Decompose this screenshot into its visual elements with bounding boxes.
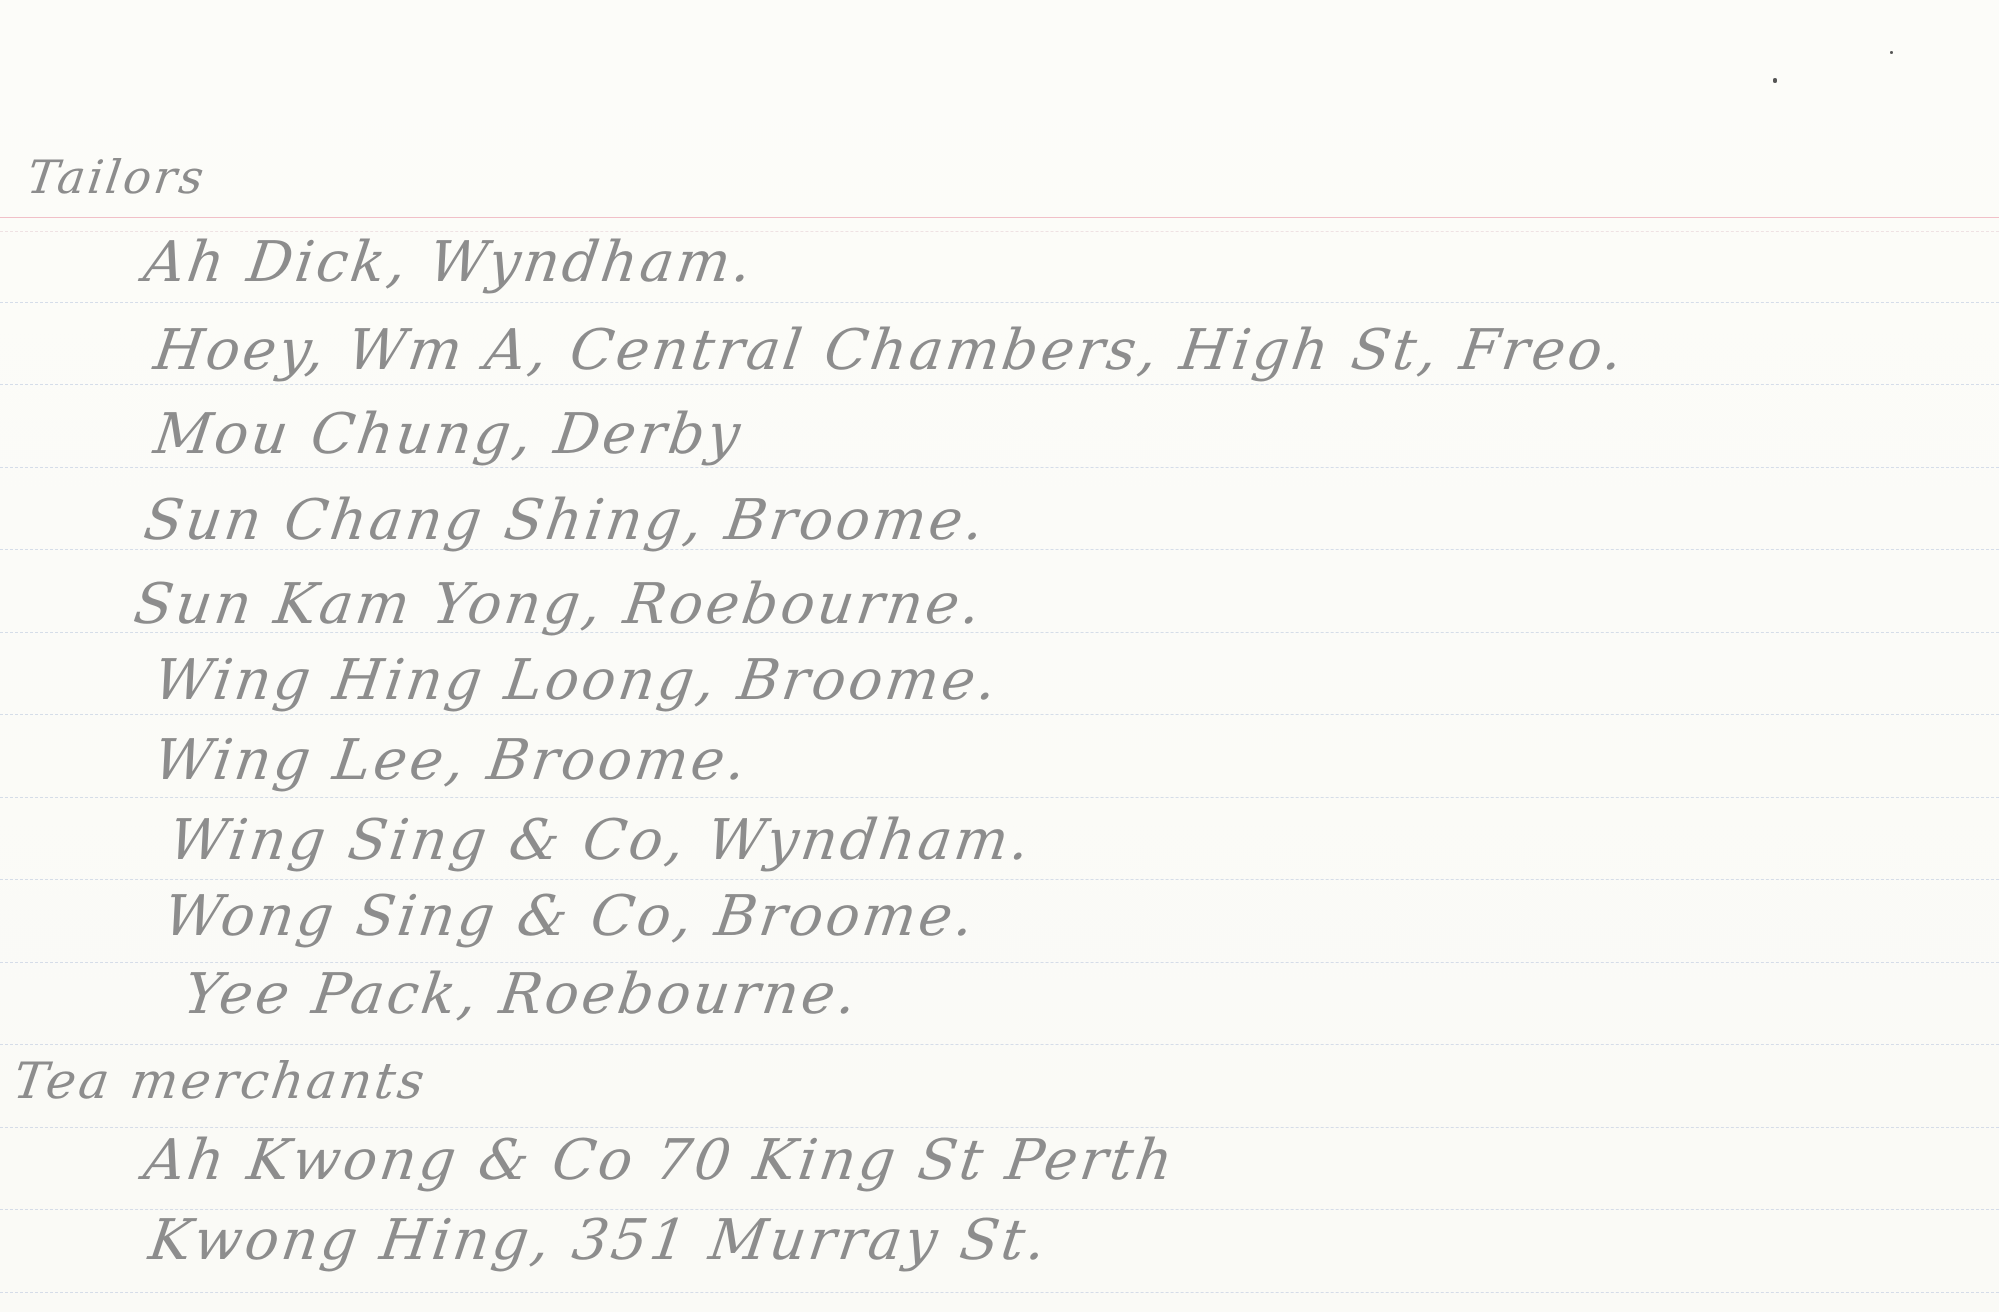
section-heading-tailors: Tailors	[24, 150, 210, 204]
ruled-line	[0, 1044, 1999, 1045]
list-item: Sun Chang Shing, Broome.	[140, 488, 991, 553]
ruled-line	[0, 302, 1999, 303]
list-item: Yee Pack, Roebourne.	[180, 962, 863, 1027]
index-card: Tailors Ah Dick, Wyndham. Hoey, Wm A, Ce…	[0, 0, 1999, 1312]
ruled-line	[0, 714, 1999, 715]
ruled-line	[0, 384, 1999, 385]
ruled-line	[0, 879, 1999, 880]
list-item: Mou Chung, Derby	[150, 402, 747, 467]
list-item: Wing Hing Loong, Broome.	[150, 648, 1003, 713]
list-item: Wing Lee, Broome.	[150, 728, 753, 793]
list-item: Ah Dick, Wyndham.	[140, 230, 758, 295]
ruled-line	[0, 797, 1999, 798]
list-item: Ah Kwong & Co 70 King St Perth	[140, 1128, 1179, 1193]
list-item: Kwong Hing, 351 Murray St.	[145, 1208, 1053, 1273]
ruled-line	[0, 467, 1999, 468]
header-rule-red	[0, 217, 1999, 218]
section-heading-tea-merchants: Tea merchants	[10, 1052, 431, 1110]
ruled-line	[0, 1292, 1999, 1293]
list-item: Hoey, Wm A, Central Chambers, High St, F…	[150, 318, 1629, 383]
paper-speck	[1773, 78, 1777, 83]
list-item: Sun Kam Yong, Roebourne.	[130, 572, 987, 637]
paper-speck	[1890, 51, 1893, 54]
list-item: Wong Sing & Co, Broome.	[160, 884, 981, 949]
list-item: Wing Sing & Co, Wyndham.	[165, 808, 1036, 873]
